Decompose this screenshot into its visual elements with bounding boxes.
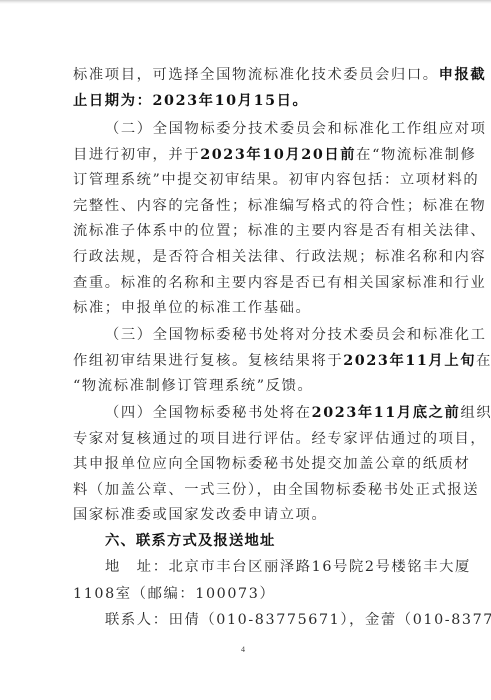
paragraph-4-line: 专家对复核通过的项目进行评估。经专家评估通过的项目， (73, 430, 486, 448)
text: 标准项目，可选择全国物流标准化技术委员会归口。 (73, 67, 439, 83)
scan-top-edge (0, 0, 491, 4)
paragraph-2-line: 流标准子体系中的位置；标准的主要内容是否有相关法律、 (73, 222, 486, 240)
text: 作组初审结果进行复核。复核结果将于 (73, 353, 343, 369)
paragraph-4-line: 其申报单位应向全国物标委秘书处提交加盖公章的纸质材 (73, 455, 470, 473)
contact-line: 联系人：田倩（010-83775671），金蕾（010-83775625） (105, 611, 491, 629)
deadline-date: 止日期为：2023年10月15日。 (73, 92, 308, 110)
paragraph-2-line: 行政法规，是否符合相关法律、行政法规；标准名称和内容 (73, 248, 486, 266)
section-heading: 六、联系方式及报送地址 (105, 532, 275, 550)
text-line: 标准项目，可选择全国物流标准化技术委员会归口。申报截 (73, 66, 486, 84)
paragraph-2-line: 完整性、内容的完备性；标准编写格式的符合性；标准在物 (73, 197, 486, 215)
initial-review-deadline: 2023年10月20日前 (200, 147, 356, 163)
paragraph-2-line: 订管理系统”中提交初审结果。初审内容包括：立项材料的 (73, 171, 479, 189)
paragraph-2-line: 标准；申报单位的标准工作基础。 (73, 299, 311, 317)
text: 组织 (460, 405, 491, 421)
paragraph-3-line: （三）全国物标委秘书处将对分技术委员会和标准化工 (105, 326, 487, 344)
paragraph-4-line: （四）全国物标委秘书处将在2023年11月底之前组织 (105, 404, 491, 422)
recheck-deadline: 2023年11月上旬 (343, 353, 476, 369)
paragraph-2-line: 目进行初审，并于2023年10月20日前在“物流标准制修 (73, 146, 476, 164)
text: 在“物流标准制修 (356, 147, 476, 163)
paragraph-2-line: 查重。标准的名称和主要内容是否已有相关国家标准和行业 (73, 274, 486, 292)
evaluation-deadline: 2023年11月底之前 (312, 405, 461, 421)
address-line: 1108室（邮编：100073） (73, 585, 275, 603)
paragraph-4-line: 国家标准委或国家发改委申请立项。 (73, 506, 327, 524)
page-number: 4 (241, 645, 245, 654)
address-line: 地 址：北京市丰台区丽泽路16号院2号楼铭丰大厦 (105, 558, 471, 576)
text: （四）全国物标委秘书处将在 (105, 405, 312, 421)
paragraph-4-line: 料（加盖公章、一式三份），由全国物标委秘书处正式报送 (73, 481, 479, 499)
text: 目进行初审，并于 (73, 147, 200, 163)
paragraph-2-line: （二）全国物标委分技术委员会和标准化工作组应对项 (105, 120, 487, 138)
deadline-label: 申报截 (439, 67, 487, 83)
text: 在 (476, 353, 491, 369)
paragraph-3-line: 作组初审结果进行复核。复核结果将于2023年11月上旬在 (73, 352, 491, 370)
paragraph-3-line: “物流标准制修订管理系统”反馈。 (73, 377, 313, 395)
